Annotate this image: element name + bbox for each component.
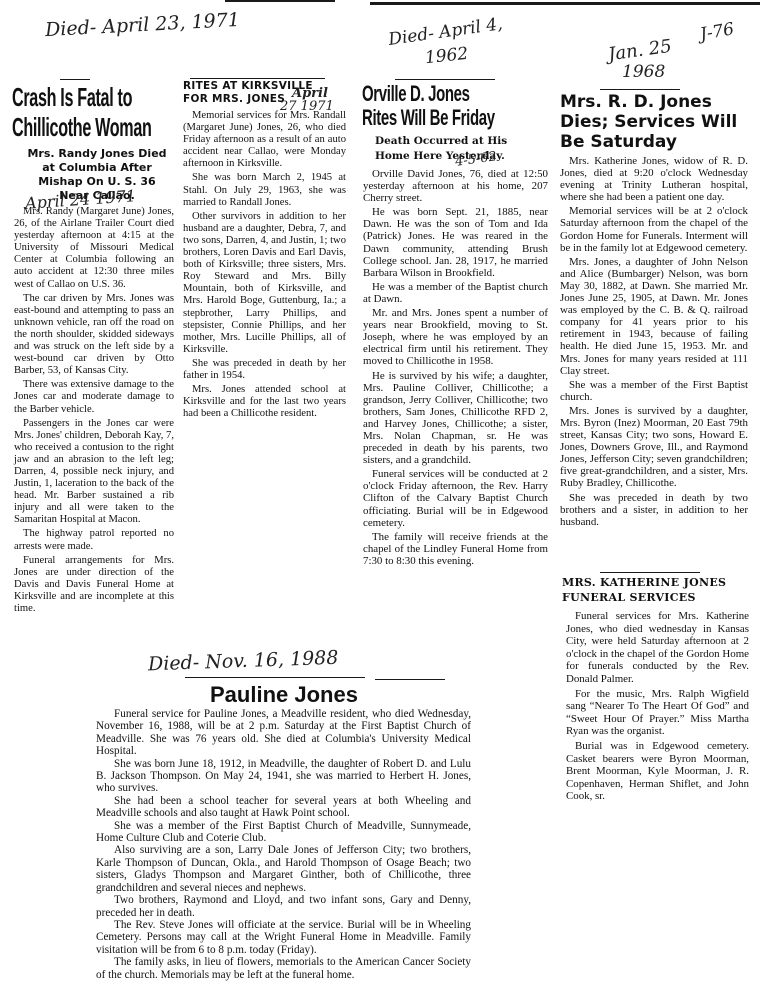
clipping-rd-jones: Mrs. R. D. Jones Dies; Services Will Be … xyxy=(560,92,755,152)
headline: Mrs. R. D. Jones xyxy=(560,92,755,112)
paragraph: The family will receive friends at the c… xyxy=(363,531,548,567)
headline-rule xyxy=(600,89,680,90)
subheadline-line: Death Occurred at His xyxy=(375,134,555,149)
paragraph: The highway patrol reported no arrests w… xyxy=(14,528,174,552)
paragraph: The Rev. Steve Jones will officiate at t… xyxy=(96,919,471,956)
headline-rule xyxy=(185,677,365,678)
handwritten-date-annotation: Jan. 25 xyxy=(607,36,673,66)
paragraph: She was a member of the First Baptist ch… xyxy=(560,379,748,403)
headline-rule xyxy=(60,79,90,80)
paragraph: Funeral services will be conducted at 2 … xyxy=(363,468,548,528)
headline-rule xyxy=(375,679,445,680)
paragraph: For the music, Mrs. Ralph Wigfield sang … xyxy=(566,688,749,738)
article-body: Memorial services for Mrs. Randall (Marg… xyxy=(183,110,346,422)
paragraph: Passengers in the Jones car were Mrs. Jo… xyxy=(14,418,174,527)
paragraph: There was extensive damage to the Jones … xyxy=(14,379,174,415)
paragraph: She was a member of the First Baptist Ch… xyxy=(96,820,471,845)
headline-rule xyxy=(600,572,700,573)
headline: FUNERAL SERVICES xyxy=(562,590,752,605)
paragraph: The car driven by Mrs. Jones was east-bo… xyxy=(14,293,174,378)
paragraph: Funeral arrangements for Mrs. Jones are … xyxy=(14,555,174,615)
paragraph: She was born March 2, 1945 at Stahl. On … xyxy=(183,172,346,208)
clipping-crash: Crash Is Fatal to Chillicothe Woman xyxy=(12,82,172,142)
handwritten-date-annotation: 1968 xyxy=(622,62,665,82)
article-body: Mrs. Katherine Jones, widow of R. D. Jon… xyxy=(560,155,748,530)
article-body: Funeral services for Mrs. Katherine Jone… xyxy=(566,610,749,805)
paragraph: She was preceded in death by two brother… xyxy=(560,492,748,528)
paragraph: Memorial services will be at 2 o'clock S… xyxy=(560,205,748,253)
paragraph: Mrs. Jones is survived by a daughter, Mr… xyxy=(560,405,748,490)
headline: Crash Is Fatal to xyxy=(12,82,111,112)
paragraph: He is survived by his wife; a daughter, … xyxy=(363,370,548,467)
paragraph: Mrs. Katherine Jones, widow of R. D. Jon… xyxy=(560,155,748,203)
headline: Chillicothe Woman xyxy=(12,112,111,142)
clipping-edge-rule xyxy=(225,0,335,2)
headline: Be Saturday xyxy=(560,132,755,152)
paragraph: Mrs. Randy (Margaret June) Jones, 26, of… xyxy=(14,206,174,291)
headline: Dies; Services Will xyxy=(560,112,755,132)
paragraph: The family asks, in lieu of flowers, mem… xyxy=(96,956,471,981)
handwritten-date-annotation: Died- Nov. 16, 1988 xyxy=(148,647,339,676)
headline: Rites Will Be Friday xyxy=(362,106,491,130)
clipping-orville: Orville D. Jones Rites Will Be Friday xyxy=(362,82,552,130)
headline: MRS. KATHERINE JONES xyxy=(562,575,752,590)
paragraph: Memorial services for Mrs. Randall (Marg… xyxy=(183,110,346,170)
paragraph: Two brothers, Raymond and Lloyd, and two… xyxy=(96,894,471,919)
paragraph: She was preceded in death by her father … xyxy=(183,358,346,382)
article-body: Funeral service for Pauline Jones, a Mea… xyxy=(96,708,471,981)
paragraph: Funeral services for Mrs. Katherine Jone… xyxy=(566,610,749,686)
paragraph: Mrs. Jones, a daughter of John Nelson an… xyxy=(560,256,748,377)
article-body: Orville David Jones, 76, died at 12:50 y… xyxy=(363,168,548,569)
paragraph: Orville David Jones, 76, died at 12:50 y… xyxy=(363,168,548,204)
headline: Pauline Jones xyxy=(210,682,358,708)
handwritten-date-annotation: 1962 xyxy=(424,44,469,68)
headline-rule xyxy=(395,79,495,80)
paragraph: Funeral service for Pauline Jones, a Mea… xyxy=(96,708,471,758)
paragraph: He was born Sept. 21, 1885, near Dawn. H… xyxy=(363,206,548,279)
headline-rule xyxy=(190,78,325,79)
handwritten-date-annotation: Died- April 23, 1971 xyxy=(45,9,241,41)
paragraph: Other survivors in addition to her husba… xyxy=(183,211,346,356)
clipping-edge-rule xyxy=(370,2,760,5)
headline: Orville D. Jones xyxy=(362,82,491,106)
paragraph: Mrs. Jones attended school at Kirksville… xyxy=(183,384,346,420)
handwritten-date-annotation: Died- April 4, xyxy=(387,14,504,50)
paragraph: Burial was in Edgewood cemetery. Casket … xyxy=(566,740,749,803)
paragraph: She had been a school teacher for severa… xyxy=(96,795,471,820)
paragraph: Mr. and Mrs. Jones spent a number of yea… xyxy=(363,307,548,367)
paragraph: He was a member of the Baptist church at… xyxy=(363,281,548,305)
paragraph: She was born June 18, 1912, in Meadville… xyxy=(96,758,471,795)
handwritten-code-annotation: J-76 xyxy=(699,19,736,45)
article-body: Mrs. Randy (Margaret June) Jones, 26, of… xyxy=(14,206,174,617)
clipping-katherine-funeral: MRS. KATHERINE JONES FUNERAL SERVICES xyxy=(562,575,752,605)
paragraph: Also surviving are a son, Larry Dale Jon… xyxy=(96,844,471,894)
